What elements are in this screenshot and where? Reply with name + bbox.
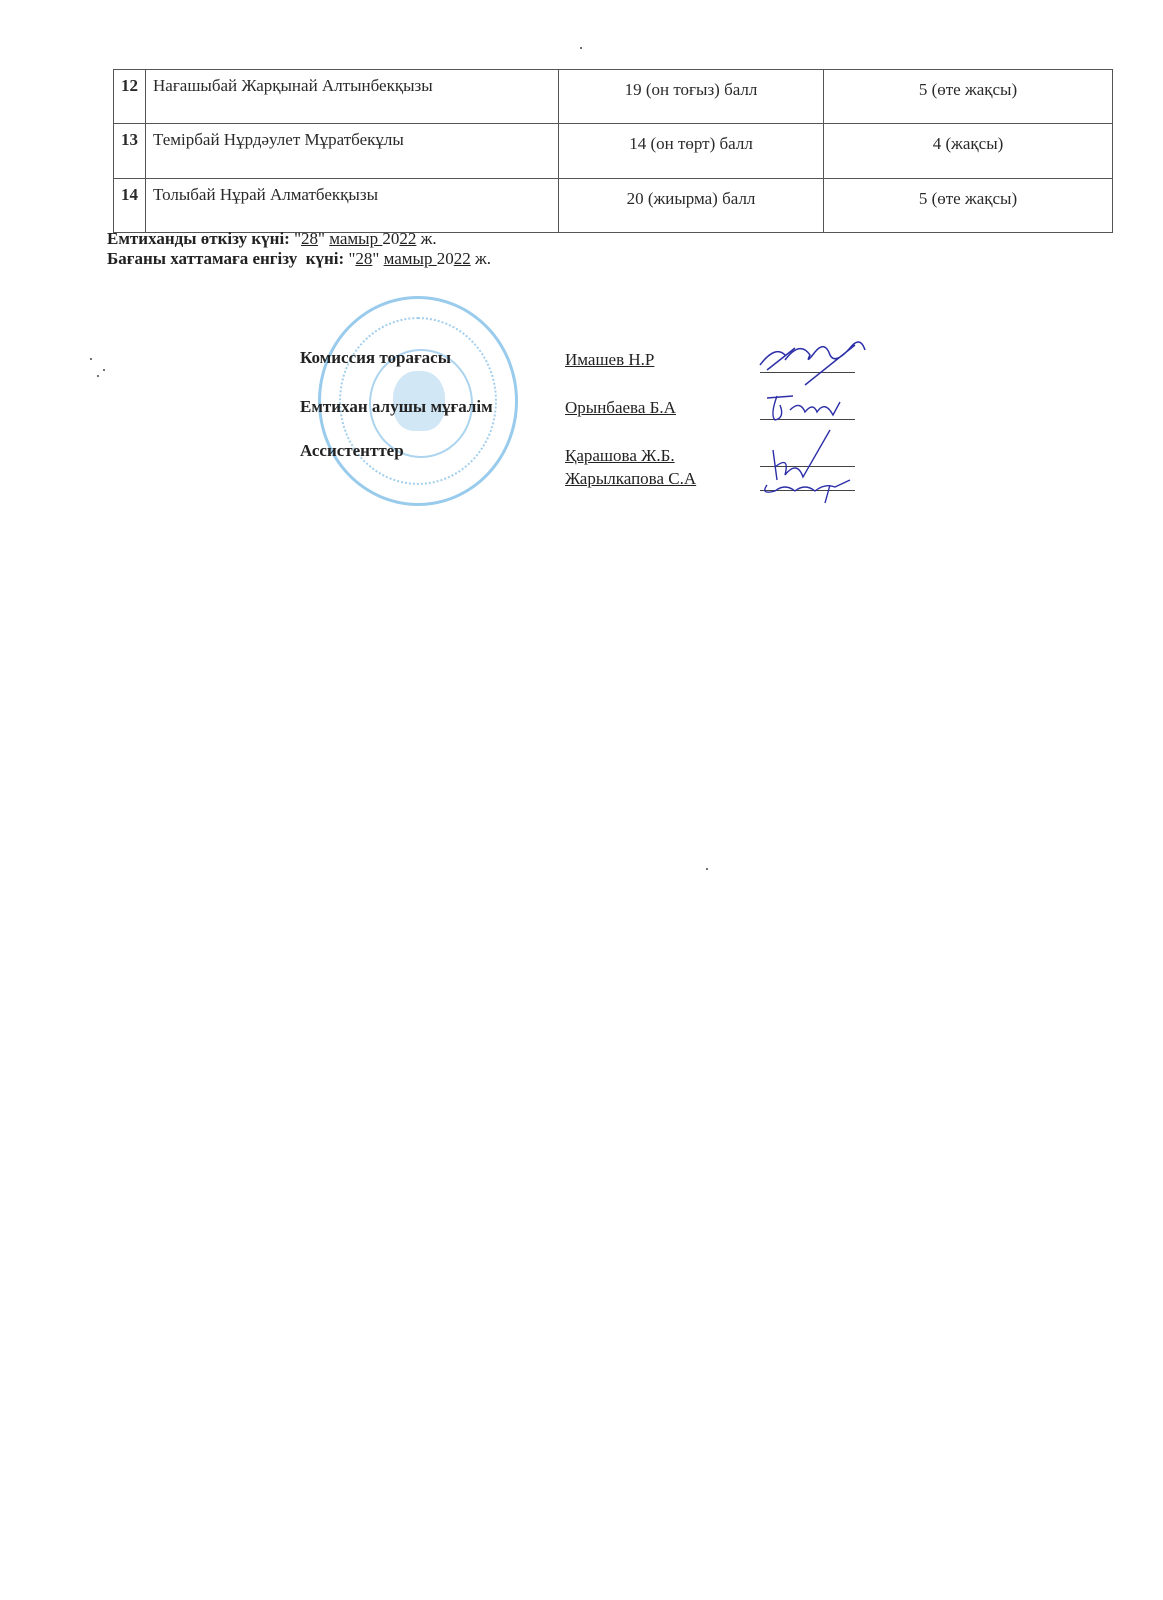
exam-year-mark: ж. — [421, 229, 437, 248]
entry-year-prefix: 20 — [437, 249, 454, 268]
entry-year-suffix: 22 — [454, 249, 471, 268]
table-row: 12 Нағашыбай Жарқынай Алтынбекқызы 19 (о… — [114, 70, 1113, 124]
assistant-2-name: Жарылкапова С.А — [565, 469, 696, 489]
student-name: Толыбай Нұрай Алматбекқызы — [146, 179, 559, 233]
chair-name: Имашев Н.Р — [565, 350, 654, 370]
exam-date-label: Емтиханды өткізу күні: — [107, 229, 290, 248]
examiner-name: Орынбаева Б.А — [565, 398, 676, 418]
assistant-1-signature-icon — [755, 425, 855, 507]
scan-artifact — [97, 375, 99, 377]
entry-year-mark: ж. — [475, 249, 491, 268]
chair-signature-icon — [755, 330, 870, 390]
row-number: 14 — [114, 179, 146, 233]
grade: 4 (жақсы) — [824, 124, 1113, 179]
entry-month: мамыр — [384, 249, 437, 268]
table-row: 14 Толыбай Нұрай Алматбекқызы 20 (жиырма… — [114, 179, 1113, 233]
student-name: Темірбай Нұрдәулет Мұратбекұлы — [146, 124, 559, 179]
results-table: 12 Нағашыбай Жарқынай Алтынбекқызы 19 (о… — [113, 69, 1113, 233]
scan-artifact — [706, 868, 708, 870]
row-number: 12 — [114, 70, 146, 124]
grade: 5 (өте жақсы) — [824, 179, 1113, 233]
scan-artifact — [103, 369, 105, 371]
chair-label: Комиссия торағасы — [300, 348, 451, 368]
student-name: Нағашыбай Жарқынай Алтынбекқызы — [146, 70, 559, 124]
grade: 5 (өте жақсы) — [824, 70, 1113, 124]
exam-year-prefix: 20 — [382, 229, 399, 248]
entry-date-label: Бағаны хаттамаға енгізу күні: — [107, 249, 344, 268]
entry-day: 28 — [355, 249, 372, 268]
score: 19 (он тоғыз) балл — [559, 70, 824, 124]
assistants-label: Ассистенттер — [300, 441, 404, 461]
score: 14 (он төрт) балл — [559, 124, 824, 179]
exam-day: 28 — [301, 229, 318, 248]
examiner-label: Емтихан алушы мұғалім — [300, 397, 493, 417]
score: 20 (жиырма) балл — [559, 179, 824, 233]
exam-year-suffix: 22 — [399, 229, 416, 248]
assistant-1-name: Қарашова Ж.Б. — [565, 446, 675, 466]
examiner-signature-icon — [755, 390, 855, 425]
scan-artifact — [90, 358, 92, 360]
exam-date-line: Емтиханды өткізу күні: "28" мамыр 2022 ж… — [107, 229, 491, 249]
exam-month: мамыр — [329, 229, 382, 248]
row-number: 13 — [114, 124, 146, 179]
table-row: 13 Темірбай Нұрдәулет Мұратбекұлы 14 (он… — [114, 124, 1113, 179]
entry-date-line: Бағаны хаттамаға енгізу күні: "28" мамыр… — [107, 249, 491, 269]
scan-artifact — [580, 47, 582, 49]
dates-block: Емтиханды өткізу күні: "28" мамыр 2022 ж… — [107, 229, 491, 269]
